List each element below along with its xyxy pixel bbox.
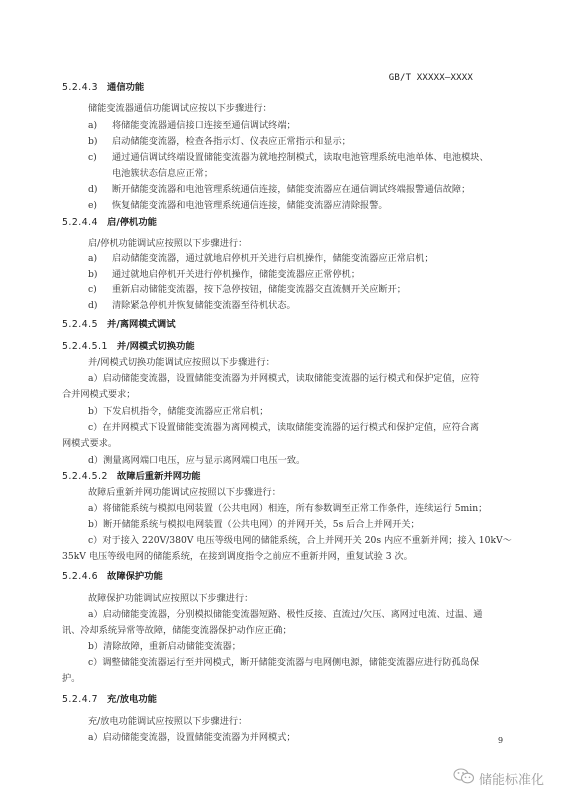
item-text: 将储能变流器通信接口连接至通信调试终端；: [112, 120, 296, 131]
section-title: 故障后重新并网功能: [117, 471, 201, 482]
paragraph-line: 35kV 电压等级电网的储能系统，在接到调度指令之前应不重新并网，重复试验 3 …: [62, 551, 413, 563]
watermark-text: 储能标准化: [479, 769, 544, 788]
section-number: 5.2.4.5: [62, 319, 98, 330]
section-number: 5.2.4.7: [62, 694, 98, 705]
item-text: 启动储能变流器，检查各指示灯、仪表应正常指示和显示；: [112, 136, 351, 147]
item-text: 启动储能变流器，通过就地启停机开关进行启机操作，储能变流器应正常启机；: [112, 253, 434, 264]
item-text: 通过就地启停机开关进行停机操作，储能变流器应正常停机；: [112, 269, 360, 280]
section-number: 5.2.4.5.1: [62, 341, 108, 352]
section-number: 5.2.4.4: [62, 217, 98, 228]
section-number: 5.2.4.6: [62, 571, 98, 582]
section-title: 并/离网模式调试: [107, 319, 175, 330]
item-label: a): [88, 120, 112, 132]
list-item: d)清除紧急停机并恢复储能变流器至待机状态。: [88, 300, 296, 312]
list-item: c)通过通信调试终端设置储能变流器为就地控制模式，读取电池管理系统电池单体、电池…: [88, 152, 489, 164]
item-text: 重新启动储能变流器，按下急停按钮，储能变流器交直流侧开关应断开；: [112, 284, 406, 295]
paragraph-line: b）断开储能系统与模拟电网装置（公共电网）的并网开关，5s 后合上并网开关；: [88, 519, 420, 531]
section-intro: 启/停机功能调试应按照以下步骤进行：: [88, 238, 247, 250]
section-intro: 储能变流器通信功能调试应按以下步骤进行：: [88, 103, 272, 115]
section-intro: 并/网模式切换功能调试应按照以下步骤进行：: [88, 357, 275, 369]
item-label: c): [88, 284, 112, 296]
paragraph-line: a）启动储能变流器，设置储能变流器为并网模式；: [88, 732, 296, 744]
watermark: 储能标准化: [453, 768, 544, 788]
standard-code: GB/T XXXXX—XXXX: [389, 73, 473, 83]
section-intro: 故障后重新并网功能调试应按照以下步骤进行：: [88, 487, 281, 499]
item-text: 断开储能变流器和电池管理系统通信连接，储能变流器应在通信调试终端报警通信故障；: [112, 184, 470, 195]
section-heading: 5.2.4.5并/离网模式调试: [62, 319, 176, 331]
list-item-continuation: 电池簇状态信息应正常；: [112, 168, 213, 180]
list-item: b)通过就地启停机开关进行停机操作，储能变流器应正常停机；: [88, 269, 360, 281]
section-number: 5.2.4.3: [62, 82, 98, 93]
list-item: b)启动储能变流器，检查各指示灯、仪表应正常指示和显示；: [88, 136, 351, 148]
item-label: b): [88, 269, 112, 281]
subsection-heading: 5.2.4.5.1并/网模式切换功能: [62, 341, 195, 353]
paragraph-line: a）启动储能变流器，分别模拟储能变流器短路、极性反接、直流过/欠压、离网过电流、…: [88, 609, 482, 621]
list-item: a)启动储能变流器，通过就地启停机开关进行启机操作，储能变流器应正常启机；: [88, 253, 434, 265]
paragraph-line: c）对于接入 220V/380V 电压等级电网的储能系统，合上并网开关 20s …: [88, 535, 512, 547]
section-heading: 5.2.4.3通信功能: [62, 82, 144, 94]
paragraph-line: b）下发启机指令，储能变流器应正常启机；: [88, 406, 268, 418]
section-heading: 5.2.4.7充/放电功能: [62, 694, 157, 706]
wechat-icon: [453, 768, 475, 788]
item-label: e): [88, 200, 112, 212]
paragraph-line: a）将储能系统与模拟电网装置（公共电网）相连，所有参数调至正常工作条件，连续运行…: [88, 503, 487, 515]
paragraph-line: 讯、冷却系统异常等故障，储能变流器保护动作应正确；: [62, 625, 292, 637]
section-title: 充/放电功能: [107, 694, 157, 705]
item-label: d): [88, 184, 112, 196]
paragraph-line: d）测量离网端口电压，应与显示离网端口电压一致。: [88, 455, 305, 467]
section-number: 5.2.4.5.2: [62, 471, 108, 482]
subsection-heading: 5.2.4.5.2故障后重新并网功能: [62, 471, 201, 483]
section-heading: 5.2.4.4启/停机功能: [62, 217, 157, 229]
item-text: 清除紧急停机并恢复储能变流器至待机状态。: [112, 300, 296, 311]
section-intro: 故障保护功能调试应按照以下步骤进行：: [88, 593, 253, 605]
section-title: 故障保护功能: [107, 571, 163, 582]
item-label: d): [88, 300, 112, 312]
paragraph-line: b）清除故障，重新启动储能变流器；: [88, 641, 241, 653]
list-item: e)恢复储能变流器和电池管理系统通信连接，储能变流器应清除报警。: [88, 200, 388, 212]
paragraph-line: 护。: [62, 673, 80, 685]
item-label: c): [88, 152, 112, 164]
paragraph-line: 合并网模式要求；: [62, 389, 136, 401]
list-item: d)断开储能变流器和电池管理系统通信连接，储能变流器应在通信调试终端报警通信故障…: [88, 184, 470, 196]
paragraph-line: c）调整储能变流器运行至并网模式，断开储能变流器与电网侧电源，储能变流器应进行防…: [88, 657, 479, 669]
section-heading: 5.2.4.6故障保护功能: [62, 571, 163, 583]
list-item: a)将储能变流器通信接口连接至通信调试终端；: [88, 120, 296, 132]
section-title: 通信功能: [107, 82, 144, 93]
paragraph-line: a）启动储能变流器，设置储能变流器为并网模式，读取储能变流器的运行模式和保护定值…: [88, 373, 479, 385]
list-item: c)重新启动储能变流器，按下急停按钮，储能变流器交直流侧开关应断开；: [88, 284, 406, 296]
section-intro: 充/放电功能调试应按照以下步骤进行：: [88, 716, 247, 728]
section-title: 启/停机功能: [107, 217, 157, 228]
page-number: 9: [498, 736, 503, 745]
section-title: 并/网模式切换功能: [117, 341, 195, 352]
item-label: b): [88, 136, 112, 148]
item-label: a): [88, 253, 112, 265]
paragraph-line: 网模式要求。: [62, 438, 117, 450]
paragraph-line: c）在并网模式下设置储能变流器为离网模式，读取储能变流器的运行模式和保护定值，应…: [88, 422, 479, 434]
item-text: 通过通信调试终端设置储能变流器为就地控制模式，读取电池管理系统电池单体、电池模块…: [112, 152, 489, 163]
item-text: 恢复储能变流器和电池管理系统通信连接，储能变流器应清除报警。: [112, 200, 388, 211]
